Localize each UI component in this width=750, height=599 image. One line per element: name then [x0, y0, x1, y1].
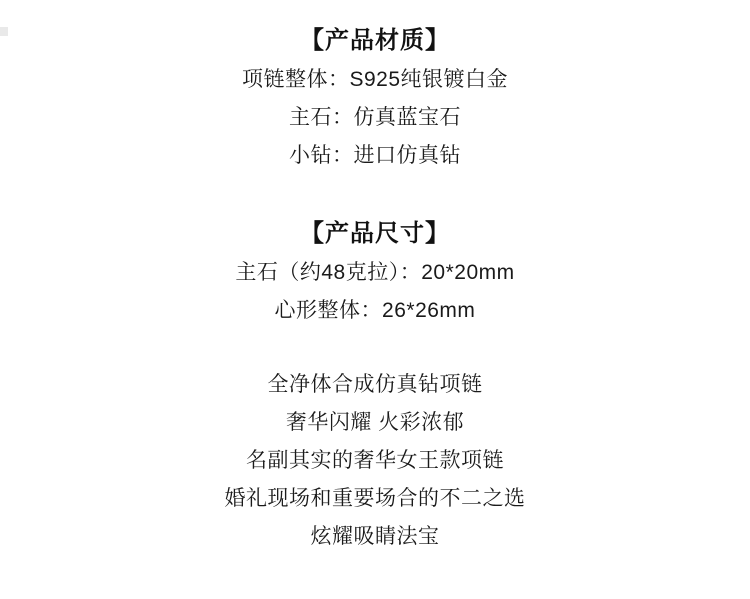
section-material-title: 【产品材质】: [0, 21, 750, 61]
material-line-small-diamond: 小钻：进口仿真钻: [0, 137, 750, 175]
left-edge-artifact: [0, 27, 8, 36]
product-description-page: 【产品材质】 项链整体：S925纯银镀白金 主石：仿真蓝宝石 小钻：进口仿真钻 …: [0, 0, 750, 599]
section-material: 【产品材质】 项链整体：S925纯银镀白金 主石：仿真蓝宝石 小钻：进口仿真钻: [0, 21, 750, 175]
slogan-line-1: 全净体合成仿真钻项链: [0, 366, 750, 404]
slogan-line-3: 名副其实的奢华女王款项链: [0, 442, 750, 480]
section-size: 【产品尺寸】 主石（约48克拉）：20*20mm 心形整体：26*26mm: [0, 214, 750, 330]
material-line-necklace: 项链整体：S925纯银镀白金: [0, 61, 750, 99]
slogan-line-4: 婚礼现场和重要场合的不二之选: [0, 480, 750, 518]
size-line-heart-shape: 心形整体：26*26mm: [0, 292, 750, 330]
slogan-line-5: 炫耀吸睛法宝: [0, 518, 750, 556]
section-size-title: 【产品尺寸】: [0, 214, 750, 254]
material-line-main-stone: 主石：仿真蓝宝石: [0, 99, 750, 137]
section-slogan: 全净体合成仿真钻项链 奢华闪耀 火彩浓郁 名副其实的奢华女王款项链 婚礼现场和重…: [0, 366, 750, 556]
size-line-main-stone: 主石（约48克拉）：20*20mm: [0, 254, 750, 292]
slogan-line-2: 奢华闪耀 火彩浓郁: [0, 404, 750, 442]
